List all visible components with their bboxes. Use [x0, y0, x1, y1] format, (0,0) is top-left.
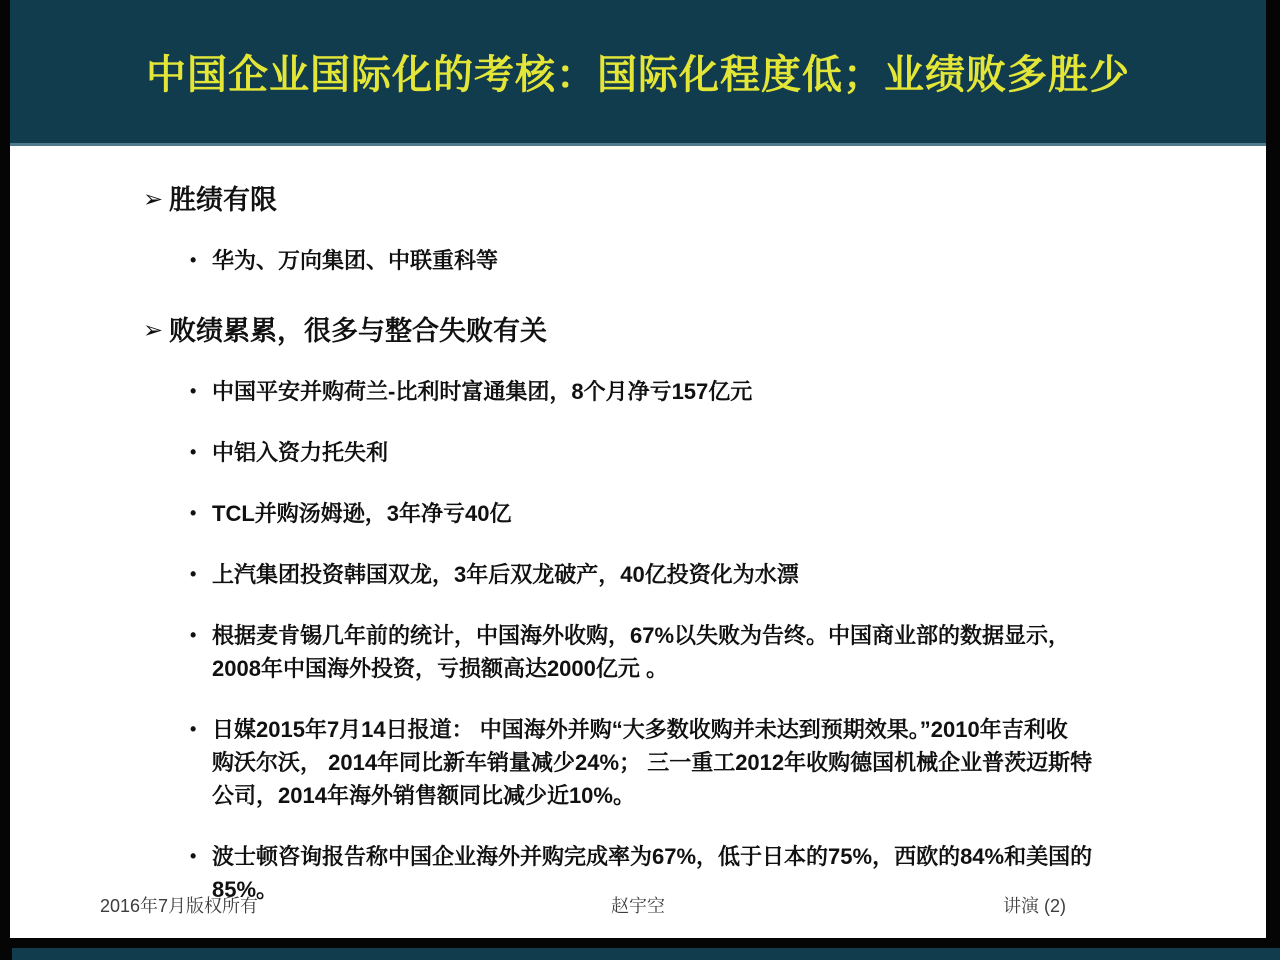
list-item-text: 中国平安并购荷兰-比利时富通集团，8个月净亏157亿元	[212, 375, 752, 408]
slide-body: ➢ 胜绩有限 • 华为、万向集团、中联重科等 ➢ 败绩累累，很多与整合失败有关 …	[10, 146, 1266, 906]
list-item: • 根据麦肯锡几年前的统计，中国海外收购，67%以失败为告终。中国商业部的数据显…	[190, 619, 1196, 685]
list-item: • TCL并购汤姆逊，3年净亏40亿	[190, 497, 1196, 530]
list-item-text: 中铝入资力托失利	[212, 436, 388, 469]
list-item: • 中铝入资力托失利	[190, 436, 1196, 469]
dot-bullet-icon: •	[190, 713, 212, 746]
arrow-bullet-icon: ➢	[143, 315, 169, 347]
list-item: • 上汽集团投资韩国双龙，3年后双龙破产，40亿投资化为水漂	[190, 558, 1196, 591]
dot-bullet-icon: •	[190, 840, 212, 873]
bottom-accent-strip	[12, 948, 1280, 960]
section-heading-text: 败绩累累，很多与整合失败有关	[169, 315, 547, 347]
list-item-text: 日媒2015年7月14日报道： 中国海外并购“大多数收购并未达到预期效果。”20…	[212, 713, 1092, 812]
list-item: • 日媒2015年7月14日报道： 中国海外并购“大多数收购并未达到预期效果。”…	[190, 713, 1196, 812]
screen-background: 中国企业国际化的考核：国际化程度低；业绩败多胜少 ➢ 胜绩有限 • 华为、万向集…	[0, 0, 1280, 960]
slide-header: 中国企业国际化的考核：国际化程度低；业绩败多胜少	[10, 0, 1266, 146]
list-item: • 中国平安并购荷兰-比利时富通集团，8个月净亏157亿元	[190, 375, 1196, 408]
list-item-text: 根据麦肯锡几年前的统计，中国海外收购，67%以失败为告终。中国商业部的数据显示，…	[212, 619, 1070, 685]
dot-bullet-icon: •	[190, 244, 212, 277]
dot-bullet-icon: •	[190, 436, 212, 469]
slide-footer: 2016年7月版权所有 赵宇空 讲演 (2)	[10, 892, 1266, 916]
section-heading: ➢ 败绩累累，很多与整合失败有关	[143, 315, 1196, 347]
section-heading: ➢ 胜绩有限	[143, 184, 1196, 216]
footer-author: 赵宇空	[611, 892, 665, 918]
dot-bullet-icon: •	[190, 497, 212, 530]
dot-bullet-icon: •	[190, 558, 212, 591]
presentation-slide: 中国企业国际化的考核：国际化程度低；业绩败多胜少 ➢ 胜绩有限 • 华为、万向集…	[10, 0, 1266, 938]
dot-bullet-icon: •	[190, 375, 212, 408]
list-item-text: 上汽集团投资韩国双龙，3年后双龙破产，40亿投资化为水漂	[212, 558, 799, 591]
section-heading-text: 胜绩有限	[169, 184, 277, 216]
footer-copyright: 2016年7月版权所有	[100, 892, 258, 918]
slide-title: 中国企业国际化的考核：国际化程度低；业绩败多胜少	[146, 43, 1130, 100]
arrow-bullet-icon: ➢	[143, 184, 169, 216]
list-item: • 华为、万向集团、中联重科等	[190, 244, 1196, 277]
list-item-text: TCL并购汤姆逊，3年净亏40亿	[212, 497, 511, 530]
dot-bullet-icon: •	[190, 619, 212, 652]
footer-page-label: 讲演 (2)	[1003, 892, 1066, 918]
list-item-text: 华为、万向集团、中联重科等	[212, 244, 498, 277]
